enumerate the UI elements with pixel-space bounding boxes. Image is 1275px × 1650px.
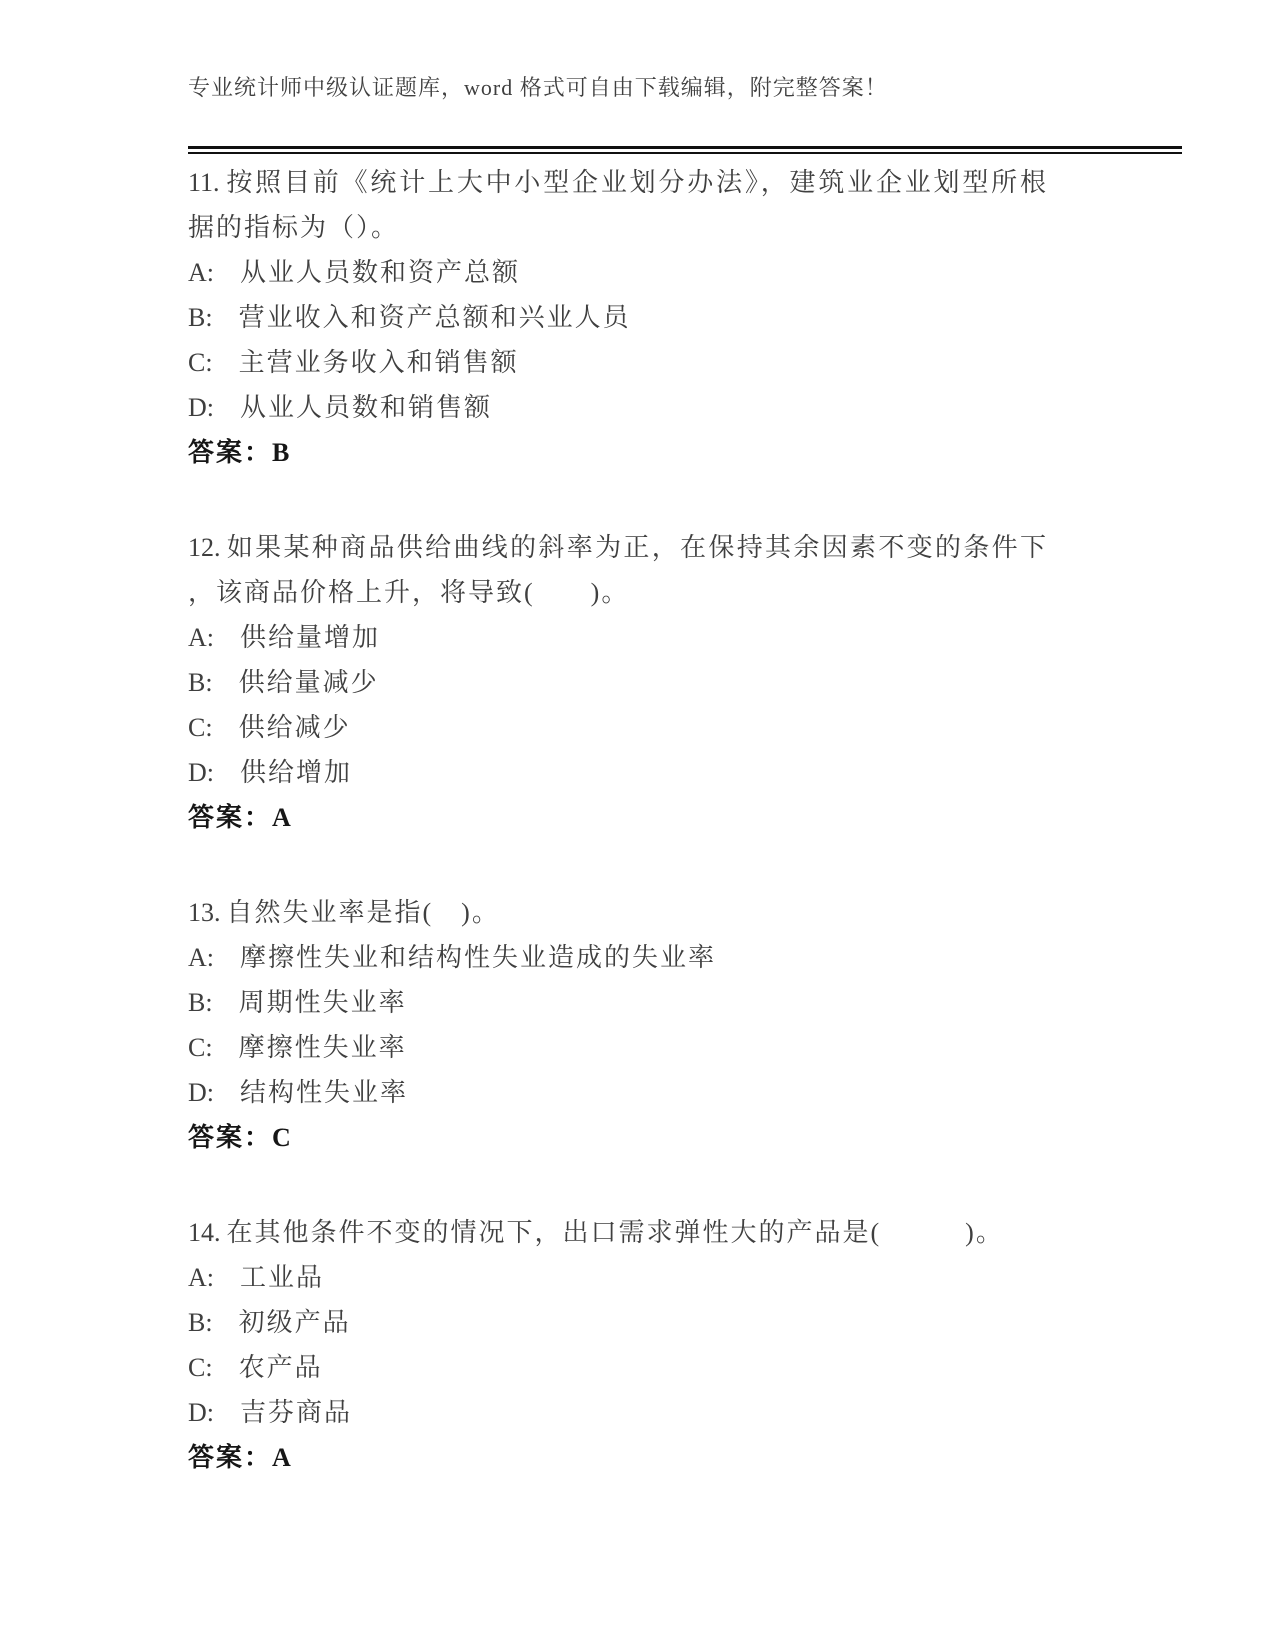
- question-body: 自然失业率是指( )。: [227, 898, 500, 927]
- option-text: 结构性失业率: [240, 1078, 408, 1107]
- question-text: 14.在其他条件不变的情况下，出口需求弹性大的产品是( )。: [188, 1210, 1048, 1255]
- question-block-11: 11.按照目前《统计上大中小型企业划分办法》，建筑业企业划型所根据的指标为（）。…: [188, 160, 1048, 475]
- option-b: B:供给量减少: [188, 660, 1048, 705]
- answer-label: 答案：: [188, 803, 272, 832]
- answer-line: 答案：A: [188, 1435, 1048, 1480]
- option-d: D:结构性失业率: [188, 1070, 1048, 1115]
- option-letter: C:: [188, 1025, 213, 1070]
- header-divider: [188, 146, 1182, 154]
- option-text: 初级产品: [239, 1308, 351, 1337]
- answer-value: A: [272, 1443, 293, 1472]
- question-block-14: 14.在其他条件不变的情况下，出口需求弹性大的产品是( )。 A:工业品 B:初…: [188, 1210, 1048, 1480]
- option-a: A:工业品: [188, 1255, 1048, 1300]
- option-b: B:初级产品: [188, 1300, 1048, 1345]
- question-text: 13.自然失业率是指( )。: [188, 890, 1048, 935]
- option-text: 吉芬商品: [240, 1398, 352, 1427]
- option-text: 供给减少: [239, 713, 351, 742]
- document-page: 专业统计师中级认证题库，word 格式可自由下载编辑，附完整答案！ 11.按照目…: [0, 0, 1275, 1650]
- option-letter: C:: [188, 705, 213, 750]
- header-notice: 专业统计师中级认证题库，word 格式可自由下载编辑，附完整答案！: [188, 74, 1182, 102]
- option-letter: A:: [188, 250, 214, 295]
- option-text: 供给量减少: [239, 668, 379, 697]
- option-d: D:从业人员数和销售额: [188, 385, 1048, 430]
- option-text: 从业人员数和销售额: [240, 393, 492, 422]
- question-body: 如果某种商品供给曲线的斜率为正，在保持其余因素不变的条件下，该商品价格上升，将导…: [188, 533, 1048, 607]
- option-b: B:营业收入和资产总额和兴业人员: [188, 295, 1048, 340]
- answer-value: C: [272, 1123, 293, 1152]
- option-text: 主营业务收入和销售额: [239, 348, 519, 377]
- answer-line: 答案：B: [188, 430, 1048, 475]
- option-text: 摩擦性失业率: [239, 1033, 407, 1062]
- option-c: C:供给减少: [188, 705, 1048, 750]
- option-letter: B:: [188, 1300, 213, 1345]
- question-text: 11.按照目前《统计上大中小型企业划分办法》，建筑业企业划型所根据的指标为（）。: [188, 160, 1048, 250]
- question-number: 13.: [188, 898, 221, 927]
- option-letter: D:: [188, 1390, 214, 1435]
- option-text: 供给量增加: [240, 623, 380, 652]
- answer-value: A: [272, 803, 293, 832]
- option-text: 工业品: [240, 1263, 324, 1292]
- question-number: 12.: [188, 533, 221, 562]
- option-letter: D:: [188, 750, 214, 795]
- option-text: 周期性失业率: [239, 988, 407, 1017]
- option-a: A:供给量增加: [188, 615, 1048, 660]
- question-list: 11.按照目前《统计上大中小型企业划分办法》，建筑业企业划型所根据的指标为（）。…: [188, 160, 1048, 1480]
- question-body: 在其他条件不变的情况下，出口需求弹性大的产品是( )。: [227, 1218, 1004, 1247]
- answer-label: 答案：: [188, 1443, 272, 1472]
- option-letter: A:: [188, 935, 214, 980]
- answer-label: 答案：: [188, 1123, 272, 1152]
- option-letter: B:: [188, 660, 213, 705]
- question-block-13: 13.自然失业率是指( )。 A:摩擦性失业和结构性失业造成的失业率 B:周期性…: [188, 890, 1048, 1160]
- option-a: A:摩擦性失业和结构性失业造成的失业率: [188, 935, 1048, 980]
- option-d: D:吉芬商品: [188, 1390, 1048, 1435]
- option-letter: A:: [188, 1255, 214, 1300]
- question-body: 按照目前《统计上大中小型企业划分办法》，建筑业企业划型所根据的指标为（）。: [188, 168, 1048, 242]
- option-letter: D:: [188, 1070, 214, 1115]
- option-letter: B:: [188, 980, 213, 1025]
- question-number: 14.: [188, 1218, 221, 1247]
- answer-label: 答案：: [188, 438, 272, 467]
- option-letter: A:: [188, 615, 214, 660]
- option-letter: B:: [188, 295, 213, 340]
- option-a: A:从业人员数和资产总额: [188, 250, 1048, 295]
- option-letter: C:: [188, 1345, 213, 1390]
- answer-value: B: [272, 438, 291, 467]
- question-number: 11.: [188, 168, 220, 197]
- option-text: 从业人员数和资产总额: [240, 258, 520, 287]
- option-c: C:主营业务收入和销售额: [188, 340, 1048, 385]
- question-text: 12.如果某种商品供给曲线的斜率为正，在保持其余因素不变的条件下，该商品价格上升…: [188, 525, 1048, 615]
- option-text: 营业收入和资产总额和兴业人员: [239, 303, 631, 332]
- question-block-12: 12.如果某种商品供给曲线的斜率为正，在保持其余因素不变的条件下，该商品价格上升…: [188, 525, 1048, 840]
- answer-line: 答案：C: [188, 1115, 1048, 1160]
- option-d: D:供给增加: [188, 750, 1048, 795]
- option-text: 供给增加: [240, 758, 352, 787]
- option-c: C:农产品: [188, 1345, 1048, 1390]
- option-letter: D:: [188, 385, 214, 430]
- answer-line: 答案：A: [188, 795, 1048, 840]
- option-c: C:摩擦性失业率: [188, 1025, 1048, 1070]
- option-b: B:周期性失业率: [188, 980, 1048, 1025]
- option-letter: C:: [188, 340, 213, 385]
- option-text: 农产品: [239, 1353, 323, 1382]
- option-text: 摩擦性失业和结构性失业造成的失业率: [240, 943, 716, 972]
